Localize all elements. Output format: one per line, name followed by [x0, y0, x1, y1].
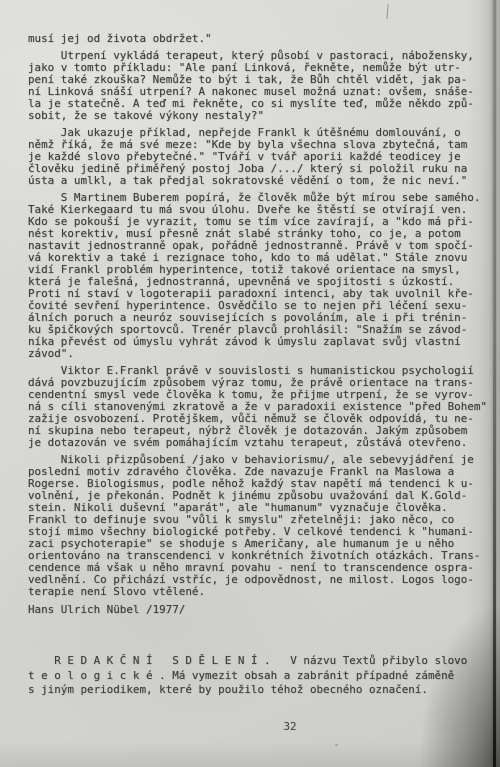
bottom-right-corner-shadow [420, 607, 500, 767]
paragraph-jak-ukazuje: Jak ukazuje příklad, nepřejde Frankl k ú… [28, 127, 500, 187]
scan-speck [335, 744, 338, 746]
paragraph-buber-kierkegaard: S Martinem Buberem popírá, že člověk můž… [28, 192, 500, 360]
paragraph-viktor-frankl: Viktor E.Frankl právě v souvislosti s hu… [28, 365, 500, 449]
paragraph-utrpeni: Utrpení vykládá terapeut, který působí v… [28, 50, 500, 122]
paragraph-continuation: musí jej od života obdržet." [28, 33, 500, 45]
paragraph-nikoli-prizpusobeni: Nikoli přizpůsobení /jako v behaviorismu… [28, 454, 500, 598]
scan-speck [166, 612, 168, 614]
scanned-document-page: musí jej od života obdržet." Utrpení vyk… [0, 0, 500, 767]
